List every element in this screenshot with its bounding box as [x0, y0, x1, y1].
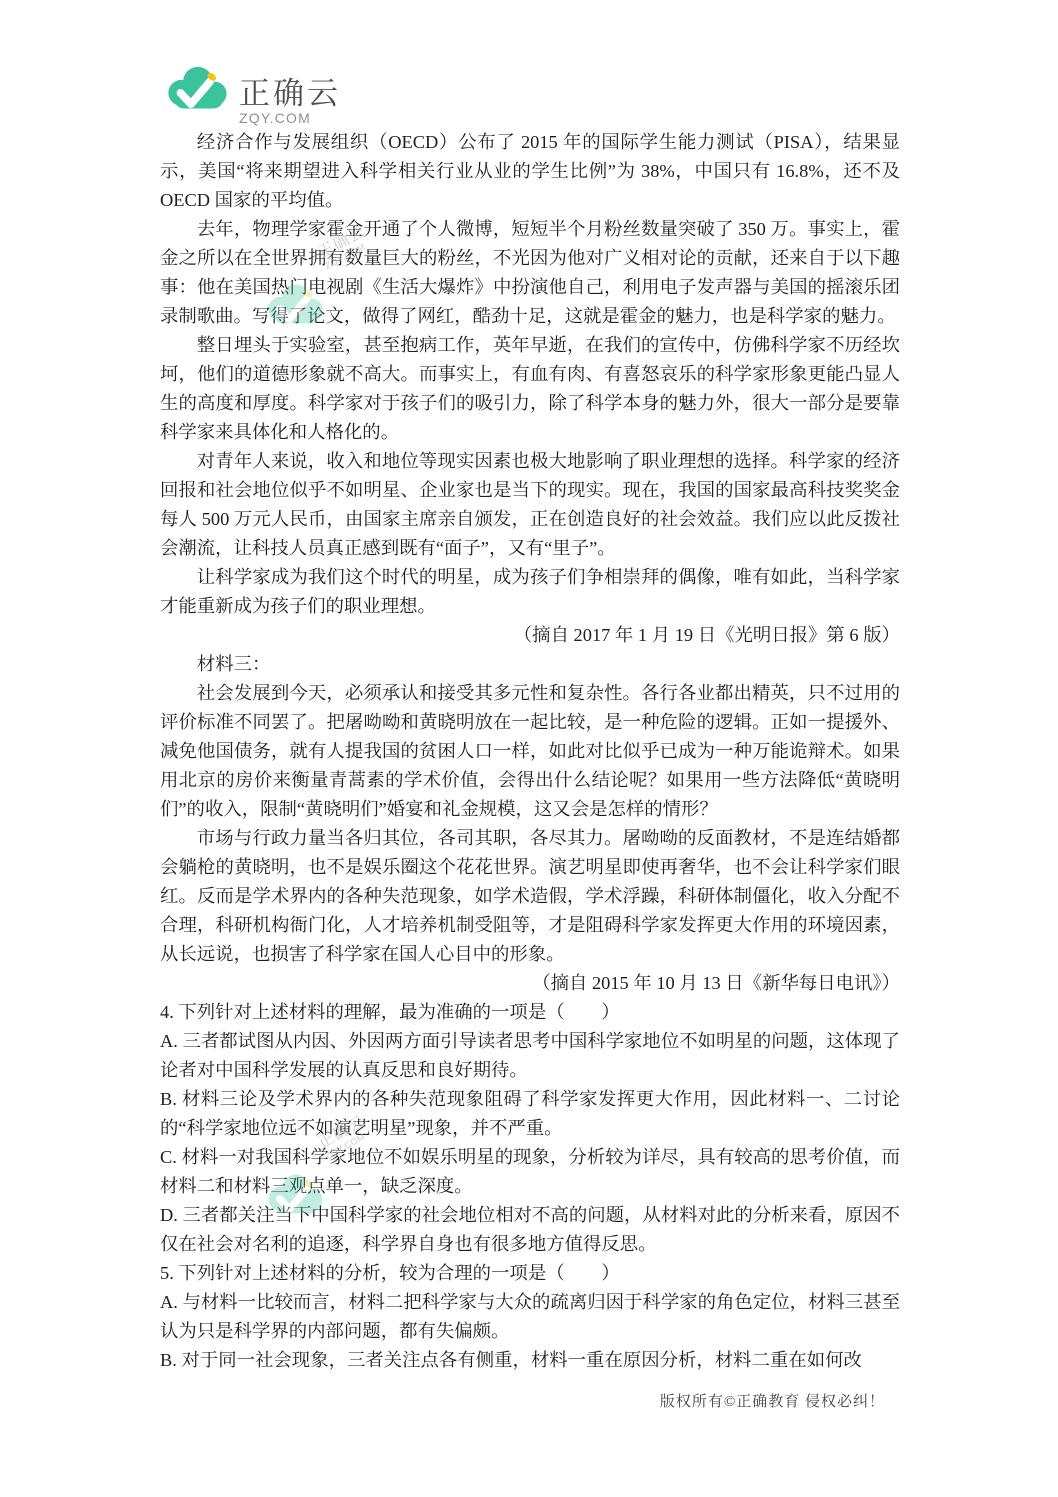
question-4-stem: 4. 下列针对上述材料的理解，最为准确的一项是（ ） — [160, 998, 900, 1027]
document-page: 正确云 ZQY.COM 经济合作与发展组织（OECD）公布了 2015 年的国际… — [0, 0, 1058, 1497]
paragraph-material2-oecd: 经济合作与发展组织（OECD）公布了 2015 年的国际学生能力测试（PISA）… — [160, 128, 900, 215]
cloud-check-icon — [164, 64, 230, 120]
source-citation-guangming: （摘自 2017 年 1 月 19 日《光明日报》第 6 版） — [160, 621, 900, 650]
brand-domain: ZQY.COM — [239, 110, 341, 126]
question-5-option-b: B. 对于同一社会现象，三者关注点各有侧重，材料一重在原因分析，材料二重在如何改 — [160, 1346, 900, 1375]
paragraph-material2-image: 整日埋头于实验室，甚至抱病工作，英年早逝，在我们的宣传中，仿佛科学家不历经坎坷，… — [160, 331, 900, 447]
zqy-logo: 正确云 ZQY.COM — [164, 64, 341, 126]
paragraph-material2-idol: 让科学家成为我们这个时代的明星，成为孩子们争相崇拜的偶像，唯有如此，当科学家才能… — [160, 563, 900, 621]
brand-name: 正确云 — [239, 78, 341, 110]
question-4-option-a: A. 三者都试图从内因、外因两方面引导读者思考中国科学家地位不如明星的问题，这体… — [160, 1027, 900, 1085]
source-citation-xinhua: （摘自 2015 年 10 月 13 日《新华每日电讯》） — [160, 969, 900, 998]
heading-material3: 材料三： — [160, 650, 900, 679]
question-5-stem: 5. 下列针对上述材料的分析，较为合理的一项是（ ） — [160, 1259, 900, 1288]
paragraph-material2-income: 对青年人来说，收入和地位等现实因素也极大地影响了职业理想的选择。科学家的经济回报… — [160, 447, 900, 563]
question-5-option-a: A. 与材料一比较而言，材料二把科学家与大众的疏离归因于科学家的角色定位，材料三… — [160, 1288, 900, 1346]
logo-text: 正确云 ZQY.COM — [239, 78, 341, 126]
question-4-option-b: B. 材料三论及学术界内的各种失范现象阻碍了科学家发挥更大作用，因此材料一、二讨… — [160, 1085, 900, 1143]
copyright-notice: 版权所有©正确教育 侵权必纠！ — [660, 1390, 885, 1411]
question-4-option-d: D. 三者都关注当下中国科学家的社会地位相对不高的问题，从材料对此的分析来看，原… — [160, 1201, 900, 1259]
paragraph-material3-diversity: 社会发展到今天，必须承认和接受其多元性和复杂性。各行各业都出精英，只不过用的评价… — [160, 679, 900, 824]
question-4-option-c: C. 材料一对我国科学家地位不如娱乐明星的现象，分析较为详尽，具有较高的思考价值… — [160, 1143, 900, 1201]
paragraph-material2-hawking: 去年，物理学家霍金开通了个人微博，短短半个月粉丝数量突破了 350 万。事实上，… — [160, 215, 900, 331]
paragraph-material3-market: 市场与行政力量当各归其位，各司其职，各尽其力。屠呦呦的反面教材，不是连结婚都会躺… — [160, 824, 900, 969]
document-body: 经济合作与发展组织（OECD）公布了 2015 年的国际学生能力测试（PISA）… — [160, 128, 900, 1375]
